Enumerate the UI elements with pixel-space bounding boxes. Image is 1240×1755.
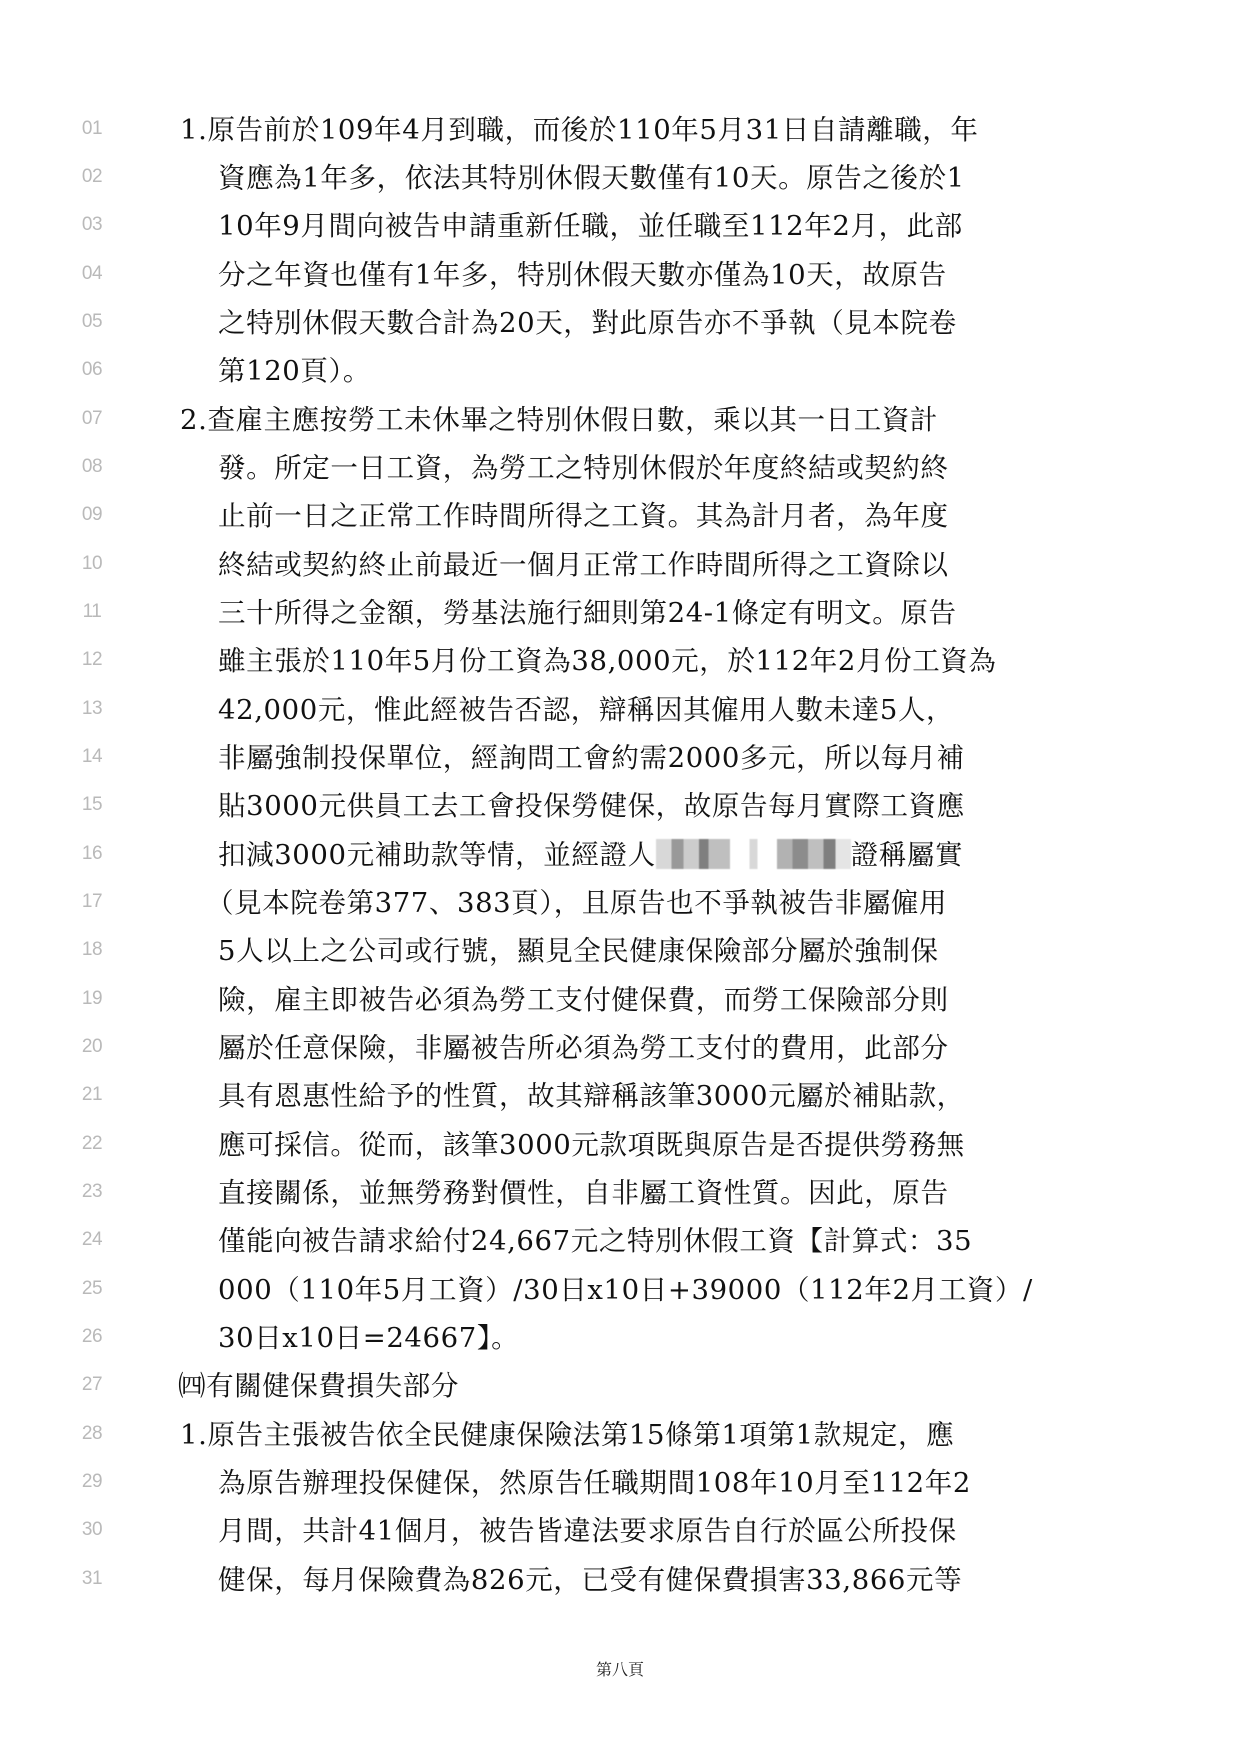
line-28: 28 1.原告主張被告依全民健康保險法第15條第1項第1款規定，應: [0, 1411, 1240, 1459]
line-number: 25: [72, 1278, 112, 1300]
line-25: 25 000（110年5月工資）/30日x10日+39000（112年2月工資）…: [0, 1266, 1240, 1314]
line-text: 資應為1年多，依法其特別休假天數僅有10天。原告之後於1: [218, 154, 965, 202]
line-number: 20: [72, 1036, 112, 1058]
line-text: 分之年資也僅有1年多，特別休假天數亦僅為10天，故原告: [218, 251, 947, 299]
line-21: 21 具有恩惠性給予的性質，故其辯稱該筆3000元屬於補貼款，: [0, 1072, 1240, 1120]
document-page: 01 1.原告前於109年4月到職，而後於110年5月31日自請離職，年 02 …: [0, 0, 1240, 1755]
line-number: 18: [72, 939, 112, 961]
line-text: 僅能向被告請求給付24,667元之特別休假工資【計算式：35: [218, 1217, 972, 1265]
line-06: 06 第120頁）。: [0, 347, 1240, 395]
line-text: 30日x10日=24667】。: [218, 1314, 519, 1362]
line-text: 貼3000元供員工去工會投保勞健保，故原告每月實際工資應: [218, 782, 965, 830]
line-text: 1.原告前於109年4月到職，而後於110年5月31日自請離職，年: [180, 106, 979, 154]
line-number: 28: [72, 1423, 112, 1445]
line-text: 42,000元，惟此經被告否認，辯稱因其僱用人數未達5人，: [218, 686, 954, 734]
line-number: 05: [72, 311, 112, 333]
line-number: 14: [72, 746, 112, 768]
page-number-footer: 第八頁: [0, 1657, 1240, 1680]
line-text: 發。所定一日工資，為勞工之特別休假於年度終結或契約終: [218, 444, 949, 492]
line-number: 17: [72, 891, 112, 913]
line-text: 為原告辦理投保健保，然原告任職期間108年10月至112年2: [218, 1459, 971, 1507]
line-text: 應可採信。從而，該筆3000元款項既與原告是否提供勞務無: [218, 1121, 965, 1169]
line-number: 03: [72, 214, 112, 236]
line-number: 27: [72, 1374, 112, 1396]
line-number: 07: [72, 408, 112, 430]
line-text: 之特別休假天數合計為20天，對此原告亦不爭執（見本院卷: [218, 299, 957, 347]
line-text: 2.查雇主應按勞工未休畢之特別休假日數，乘以其一日工資計: [180, 396, 938, 444]
line-01: 01 1.原告前於109年4月到職，而後於110年5月31日自請離職，年: [0, 106, 1240, 154]
line-text: 月間，共計41個月，被告皆違法要求原告自行於區公所投保: [218, 1507, 957, 1555]
line-text-before-redaction: 扣減3000元補助款等情，並經證人: [218, 839, 656, 871]
line-number: 11: [72, 601, 112, 623]
line-15: 15 貼3000元供員工去工會投保勞健保，故原告每月實際工資應: [0, 782, 1240, 830]
line-number: 12: [72, 649, 112, 671]
line-text: 5人以上之公司或行號，顯見全民健康保險部分屬於強制保: [218, 927, 939, 975]
line-text: 000（110年5月工資）/30日x10日+39000（112年2月工資）/: [218, 1266, 1033, 1314]
line-16: 16 扣減3000元補助款等情，並經證人證稱屬實: [0, 831, 1240, 879]
line-number: 01: [72, 118, 112, 140]
line-31: 31 健保，每月保險費為826元，已受有健保費損害33,866元等: [0, 1556, 1240, 1604]
line-10: 10 終結或契約終止前最近一個月正常工作時間所得之工資除以: [0, 541, 1240, 589]
line-text: 終結或契約終止前最近一個月正常工作時間所得之工資除以: [218, 541, 949, 589]
line-number: 29: [72, 1471, 112, 1493]
line-12: 12 雖主張於110年5月份工資為38,000元，於112年2月份工資為: [0, 637, 1240, 685]
line-text: 險，雇主即被告必須為勞工支付健保費，而勞工保險部分則: [218, 976, 949, 1024]
line-19: 19 險，雇主即被告必須為勞工支付健保費，而勞工保險部分則: [0, 976, 1240, 1024]
line-text: 1.原告主張被告依全民健康保險法第15條第1項第1款規定，應: [180, 1411, 954, 1459]
line-27: 27 ㈣有關健保費損失部分: [0, 1362, 1240, 1410]
line-number: 04: [72, 263, 112, 285]
line-text: 第120頁）。: [218, 347, 371, 395]
line-number: 21: [72, 1084, 112, 1106]
line-number: 08: [72, 456, 112, 478]
line-24: 24 僅能向被告請求給付24,667元之特別休假工資【計算式：35: [0, 1217, 1240, 1265]
line-text: 具有恩惠性給予的性質，故其辯稱該筆3000元屬於補貼款，: [218, 1072, 965, 1120]
line-number: 24: [72, 1229, 112, 1251]
line-13: 13 42,000元，惟此經被告否認，辯稱因其僱用人數未達5人，: [0, 686, 1240, 734]
line-22: 22 應可採信。從而，該筆3000元款項既與原告是否提供勞務無: [0, 1121, 1240, 1169]
line-20: 20 屬於任意保險，非屬被告所必須為勞工支付的費用，此部分: [0, 1024, 1240, 1072]
line-text: 止前一日之正常工作時間所得之工資。其為計月者，為年度: [218, 492, 949, 540]
line-text: 10年9月間向被告申請重新任職，並任職至112年2月，此部: [218, 202, 963, 250]
line-number: 26: [72, 1326, 112, 1348]
line-number: 30: [72, 1519, 112, 1541]
line-text: 直接關係，並無勞務對價性，自非屬工資性質。因此，原告: [218, 1169, 949, 1217]
line-number: 13: [72, 698, 112, 720]
line-text: （見本院卷第377、383頁），且原告也不爭執被告非屬僱用: [206, 879, 947, 927]
line-text: 雖主張於110年5月份工資為38,000元，於112年2月份工資為: [218, 637, 997, 685]
line-text: 扣減3000元補助款等情，並經證人證稱屬實: [218, 831, 963, 879]
line-26: 26 30日x10日=24667】。: [0, 1314, 1240, 1362]
line-03: 03 10年9月間向被告申請重新任職，並任職至112年2月，此部: [0, 202, 1240, 250]
line-text: 健保，每月保險費為826元，已受有健保費損害33,866元等: [218, 1556, 962, 1604]
line-number: 09: [72, 504, 112, 526]
line-number: 31: [72, 1568, 112, 1590]
line-text-after-redaction: 證稱屬實: [851, 839, 963, 871]
redacted-witness-names: [656, 839, 851, 869]
line-number: 02: [72, 166, 112, 188]
line-09: 09 止前一日之正常工作時間所得之工資。其為計月者，為年度: [0, 492, 1240, 540]
line-number: 16: [72, 843, 112, 865]
line-number: 10: [72, 553, 112, 575]
line-30: 30 月間，共計41個月，被告皆違法要求原告自行於區公所投保: [0, 1507, 1240, 1555]
line-text: 屬於任意保險，非屬被告所必須為勞工支付的費用，此部分: [218, 1024, 949, 1072]
line-text: 非屬強制投保單位，經詢問工會約需2000多元，所以每月補: [218, 734, 965, 782]
line-23: 23 直接關係，並無勞務對價性，自非屬工資性質。因此，原告: [0, 1169, 1240, 1217]
line-17: 17 （見本院卷第377、383頁），且原告也不爭執被告非屬僱用: [0, 879, 1240, 927]
line-04: 04 分之年資也僅有1年多，特別休假天數亦僅為10天，故原告: [0, 251, 1240, 299]
line-29: 29 為原告辦理投保健保，然原告任職期間108年10月至112年2: [0, 1459, 1240, 1507]
line-number: 15: [72, 794, 112, 816]
line-08: 08 發。所定一日工資，為勞工之特別休假於年度終結或契約終: [0, 444, 1240, 492]
line-02: 02 資應為1年多，依法其特別休假天數僅有10天。原告之後於1: [0, 154, 1240, 202]
line-14: 14 非屬強制投保單位，經詢問工會約需2000多元，所以每月補: [0, 734, 1240, 782]
line-number: 22: [72, 1133, 112, 1155]
line-number: 19: [72, 988, 112, 1010]
line-18: 18 5人以上之公司或行號，顯見全民健康保險部分屬於強制保: [0, 927, 1240, 975]
line-text: 三十所得之金額，勞基法施行細則第24-1條定有明文。原告: [218, 589, 957, 637]
line-11: 11 三十所得之金額，勞基法施行細則第24-1條定有明文。原告: [0, 589, 1240, 637]
line-number: 23: [72, 1181, 112, 1203]
line-05: 05 之特別休假天數合計為20天，對此原告亦不爭執（見本院卷: [0, 299, 1240, 347]
line-07: 07 2.查雇主應按勞工未休畢之特別休假日數，乘以其一日工資計: [0, 396, 1240, 444]
line-number: 06: [72, 359, 112, 381]
section-heading: ㈣有關健保費損失部分: [178, 1362, 459, 1410]
